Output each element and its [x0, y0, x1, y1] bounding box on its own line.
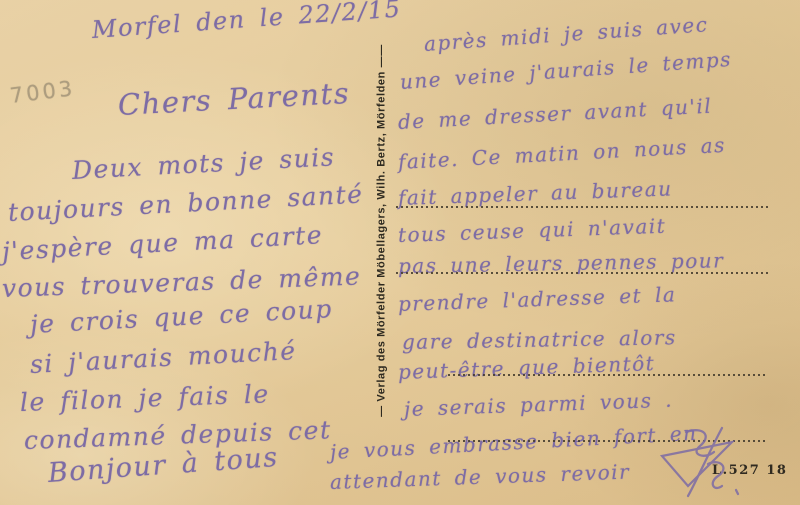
message-line: prendre l'adresse et la	[398, 282, 677, 316]
greeting-line: Chers Parents	[117, 76, 351, 122]
message-line: j'espère que ma carte	[1, 220, 323, 266]
message-line: tous ceuse qui n'avait	[398, 214, 667, 247]
pencil-inventory-number: 7003	[9, 76, 77, 108]
message-line: gare destinatrice alors	[402, 325, 677, 354]
message-line: le filon je fais le	[19, 379, 270, 417]
signature-flourish	[652, 420, 768, 504]
message-line: faite. Ce matin on nous as	[397, 133, 726, 174]
publisher-imprint: — Verlag des Mörfelder Möbellagers, Wilh…	[376, 31, 391, 431]
message-line: si j'aurais mouché	[29, 336, 297, 379]
message-line: je serais parmi vous .	[404, 388, 674, 421]
message-line: fait appeler au bureau	[398, 176, 673, 210]
postcard-back: 7003 Morfel den le 22/2/15 Chers Parents…	[0, 0, 800, 505]
message-line: Deux mots je suis	[71, 142, 335, 185]
message-line: de me dresser avant qu'il	[397, 94, 712, 134]
address-dotted-line	[448, 374, 766, 376]
date-line: Morfel den le 22/2/15	[91, 0, 402, 44]
message-line: je crois que ce coup	[29, 294, 333, 339]
closing-line: attendant de vous revoir	[330, 460, 631, 494]
message-line: peut-être que bientôt	[398, 351, 656, 384]
message-line: après midi je suis avec	[423, 12, 709, 56]
address-dotted-line	[396, 206, 768, 208]
address-dotted-line	[396, 272, 768, 274]
